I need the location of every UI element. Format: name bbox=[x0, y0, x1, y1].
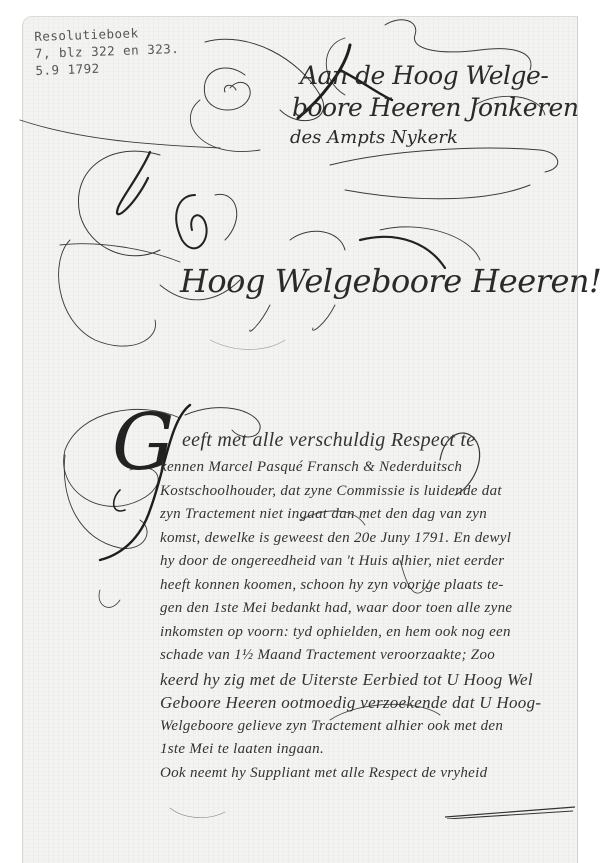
body-line: hy door de ongereedheid van 't Huis alhi… bbox=[160, 550, 560, 574]
body-line: schade van 1½ Maand Tractement veroorzaa… bbox=[160, 644, 560, 668]
body-line: kennen Marcel Pasqué Fransch & Nederduit… bbox=[160, 456, 560, 480]
address-line-2: boore Heeren Jonkeren bbox=[292, 92, 578, 124]
body-line: Welgeboore gelieve zyn Tractement alhier… bbox=[160, 715, 560, 739]
closing-flourish-rule-icon bbox=[445, 805, 575, 819]
body-line: komst, dewelke is geweest den 20e Juny 1… bbox=[160, 527, 560, 551]
address-line-1: Aan de Hoog Welge- bbox=[300, 60, 578, 92]
body-line: Kostschoolhouder, dat zyne Commissie is … bbox=[160, 480, 560, 504]
body-line: Geboore Heeren ootmoedig verzoekende dat… bbox=[160, 691, 560, 715]
body-line: keerd hy zig met de Uiterste Eerbied tot… bbox=[160, 668, 560, 692]
body-line: zyn Tractement niet ingaat dan met den d… bbox=[160, 503, 560, 527]
body-line: eeft met alle verschuldig Respect te bbox=[182, 424, 560, 456]
body-line: gen den 1ste Mei bedankt had, waar door … bbox=[160, 597, 560, 621]
body-line: 1ste Mei te laaten ingaan. bbox=[160, 738, 560, 762]
archive-reference-note: Resolutieboek 7, blz 322 en 323. 5.9 179… bbox=[34, 23, 180, 79]
body-line: Ook neemt hy Suppliant met alle Respect … bbox=[160, 762, 560, 786]
address-block: Aan de Hoog Welge- boore Heeren Jonkeren… bbox=[300, 60, 578, 152]
salutation: Hoog Welgeboore Heeren! bbox=[180, 262, 601, 300]
body-line: inkomsten op voorn: tyd ophielden, en he… bbox=[160, 621, 560, 645]
petition-body: eeft met alle verschuldig Respect te ken… bbox=[160, 424, 560, 785]
body-line: heeft konnen koomen, schoon hy zyn voori… bbox=[160, 574, 560, 598]
address-line-3: des Ampts Nykerk bbox=[290, 124, 578, 152]
